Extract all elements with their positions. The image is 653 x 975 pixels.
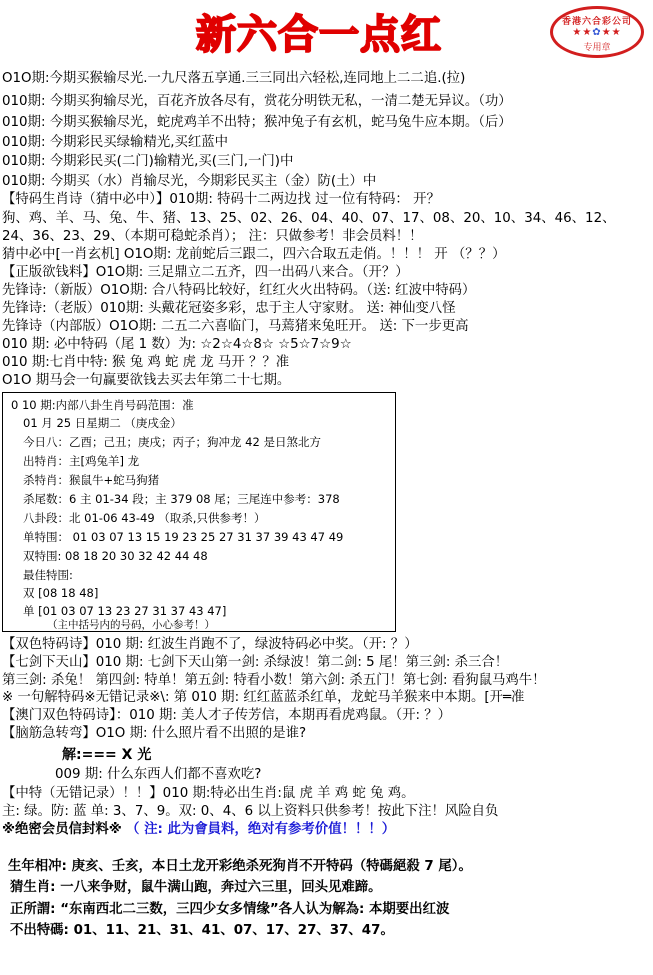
prediction-line: 010期: 今期买猴输尽光，蛇虎鸡羊不出特；猴冲兔子有玄机，蛇马兔牛应本期。（后… [2, 114, 512, 132]
tail-number-line: 010 期: 必中特码（尾 1 数）为: ☆2☆4☆8☆ ☆5☆7☆9☆ [2, 336, 352, 354]
one-zodiac-line: 猜中必中[一肖玄机] O1O期: 龙前蛇后三跟二，四六合取五走俏。！！！ 开 （… [2, 246, 505, 264]
special-zodiac-line: 【中特（无错记录）！！】010 期:特必出生肖:鼠 虎 羊 鸡 蛇 兔 鸡。 [2, 785, 415, 803]
pioneer-poem-internal: 先锋诗（内部版）O1O期: 二五二六喜临门，马蔫猪来兔旺开。 送: 下一步更高 [2, 318, 469, 336]
vip-note: （ 注: 此为會員料，绝对有参考价值！！！） [126, 822, 395, 837]
star-icon: ★ [612, 27, 622, 38]
footer-line: 猜生肖: 一八来争财，鼠牛满山跑，奔过六三里，回头见难蹄。 [10, 879, 382, 897]
riddle-line: 【脑筋急转弯】O1O 期: 什么照片看不出照的是谁? [2, 725, 306, 743]
box-line: 0 10 期:内部八卦生肖号码范围：准 [11, 397, 194, 413]
box-line: 八卦段：北 01-06 43-49 （取杀,只供参考！） [23, 510, 265, 526]
two-color-poem: 【双色特码诗】010 期: 红波生肖跑不了，绿波特码必中奖。（开: ？） [2, 636, 418, 654]
prediction-line: O1O期:今期买猴输尽光.一九尺落五享通.三三同出六轻松,连同地上二二追.(拉) [2, 70, 465, 88]
flower-icon: ✿ [592, 27, 601, 38]
star-icon: ★ [582, 27, 592, 38]
box-line: 双 [08 18 48] [23, 585, 98, 601]
seven-zodiac-line: 010 期:七肖中特: 猴 兔 鸡 蛇 虎 龙 马开 ？？准 [2, 354, 289, 372]
box-line: 出特肖：主[鸡兔羊] 龙 [23, 453, 139, 469]
seven-swords-line: 【七剑下天山】010 期: 七剑下天山第一剑: 杀绿波！第二剑: 5 尾！第三剑… [2, 654, 508, 672]
seal-stars: ★★✿★★ [553, 27, 641, 38]
company-seal: 香港六合彩公司 ★★✿★★ 专用章 [550, 6, 644, 58]
page-title: 新六合一点红 [196, 10, 442, 60]
box-line: 最佳特围: [23, 567, 73, 583]
number-list: 24、36、23、29、（本期可稳蛇杀肖）； 注：只做参考！非会员料！！ [2, 228, 423, 246]
prediction-line: 010期: 今期彩民买绿输精光,买红蓝中 [2, 134, 228, 152]
header: 新六合一点红 香港六合彩公司 ★★✿★★ 专用章 [0, 0, 653, 66]
seal-bottom-text: 专用章 [553, 40, 641, 53]
box-line: 今日八：乙酉；己丑；庚戌；丙子；狗冲龙 42 是日煞北方 [23, 434, 321, 450]
vip-label: ※绝密会员信封料※ [2, 822, 122, 837]
star-icon: ★ [602, 27, 612, 38]
footer-line: 生年相冲: 庚亥、壬亥，本日土龙开彩绝杀死狗肖不开特码（特碼絕殺 7 尾）。 [8, 858, 472, 876]
box-line: 单特围： 01 03 07 13 15 19 23 25 27 31 37 39… [23, 529, 343, 545]
pioneer-poem-new: 先锋诗:（新版）O1O期: 合八特码比较好，红红火火出特码。（送: 红波中特码） [2, 282, 475, 300]
macau-poem-line: 【澳门双色特码诗】：010 期: 美人才子传芳信，本期再看虎鸡鼠。（开: ？） [2, 707, 451, 725]
footer-line: 不出特碼: 01、11、21、31、41、07、17、27、37、47。 [10, 922, 394, 940]
jockey-club-line: O1O 期马会一句赢要欲钱去买去年第二十七期。 [2, 372, 290, 390]
box-line: 杀特肖：猴鼠牛+蛇马狗猪 [23, 472, 159, 488]
box-line: 01 月 25 日星期二 （庚戌金） [23, 415, 182, 431]
pioneer-poem-old: 先锋诗:（老版）010期: 头戴花冠姿多彩，忠于主人守家财。 送: 神仙变八怪 [2, 300, 456, 318]
prediction-line: 010期: 今期彩民买(二门)输精光,买(三门,一门)中 [2, 153, 293, 171]
one-sentence-line: ※ 一句解特码※无错记录※\: 第 010 期: 红红蓝蓝杀红单，龙蛇马羊猴来中… [2, 689, 524, 707]
box-line: 杀尾数：6 主 01-34 段；主 379 08 尾；三尾连中参考：378 [23, 491, 340, 507]
riddle-answer: 解:=== X 光 [62, 746, 151, 764]
star-icon: ★ [572, 27, 582, 38]
number-list: 狗、鸡、羊、马、兔、牛、猪、13、25、02、26、04、40、07、17、08… [2, 210, 615, 228]
seal-top-text: 香港六合彩公司 [553, 14, 641, 27]
seven-swords-line: 第三剑: 杀兔！ 第四剑: 特单！第五剑: 特看小数！第六剑: 杀五门！第七剑:… [2, 672, 546, 690]
prediction-line: 010期: 今期买狗输尽光，百花齐放各尽有，赏花分明铁无私，一清二楚无异议。（功… [2, 93, 512, 111]
footer-line: 正所謂: “东南西北二三数，三四少女多情缘”各人认为解為: 本期要出红波 [10, 901, 449, 919]
genuine-version-line: 【正版欲钱料】O1O期: 三足鼎立二五齐，四一出码八来合。（开？） [2, 264, 409, 282]
bagua-info-box: 0 10 期:内部八卦生肖号码范围：准 01 月 25 日星期二 （庚戌金） 今… [2, 392, 396, 632]
vip-line: ※绝密会员信封料※ （ 注: 此为會員料，绝对有参考价值！！！） [2, 821, 395, 839]
box-line: 双特围: 08 18 20 30 32 42 44 48 [23, 548, 208, 564]
box-note: （主中括号内的号码，小心参考！） [47, 617, 215, 633]
main-color-line: 主: 绿。防: 蓝 单: 3、7、9。双: 0、4、6 以上资料只供参考！按此下… [2, 803, 498, 821]
riddle-next: 009 期: 什么东西人们都不喜欢吃? [55, 766, 261, 784]
special-code-poem: 【特码生肖诗（猜中必中）】010期: 特码十二两边找 过一位有特码： 开？ [2, 191, 440, 209]
prediction-line: 010期: 今期买（水）肖输尽光，今期彩民买主（金）防(土）中 [2, 173, 376, 191]
